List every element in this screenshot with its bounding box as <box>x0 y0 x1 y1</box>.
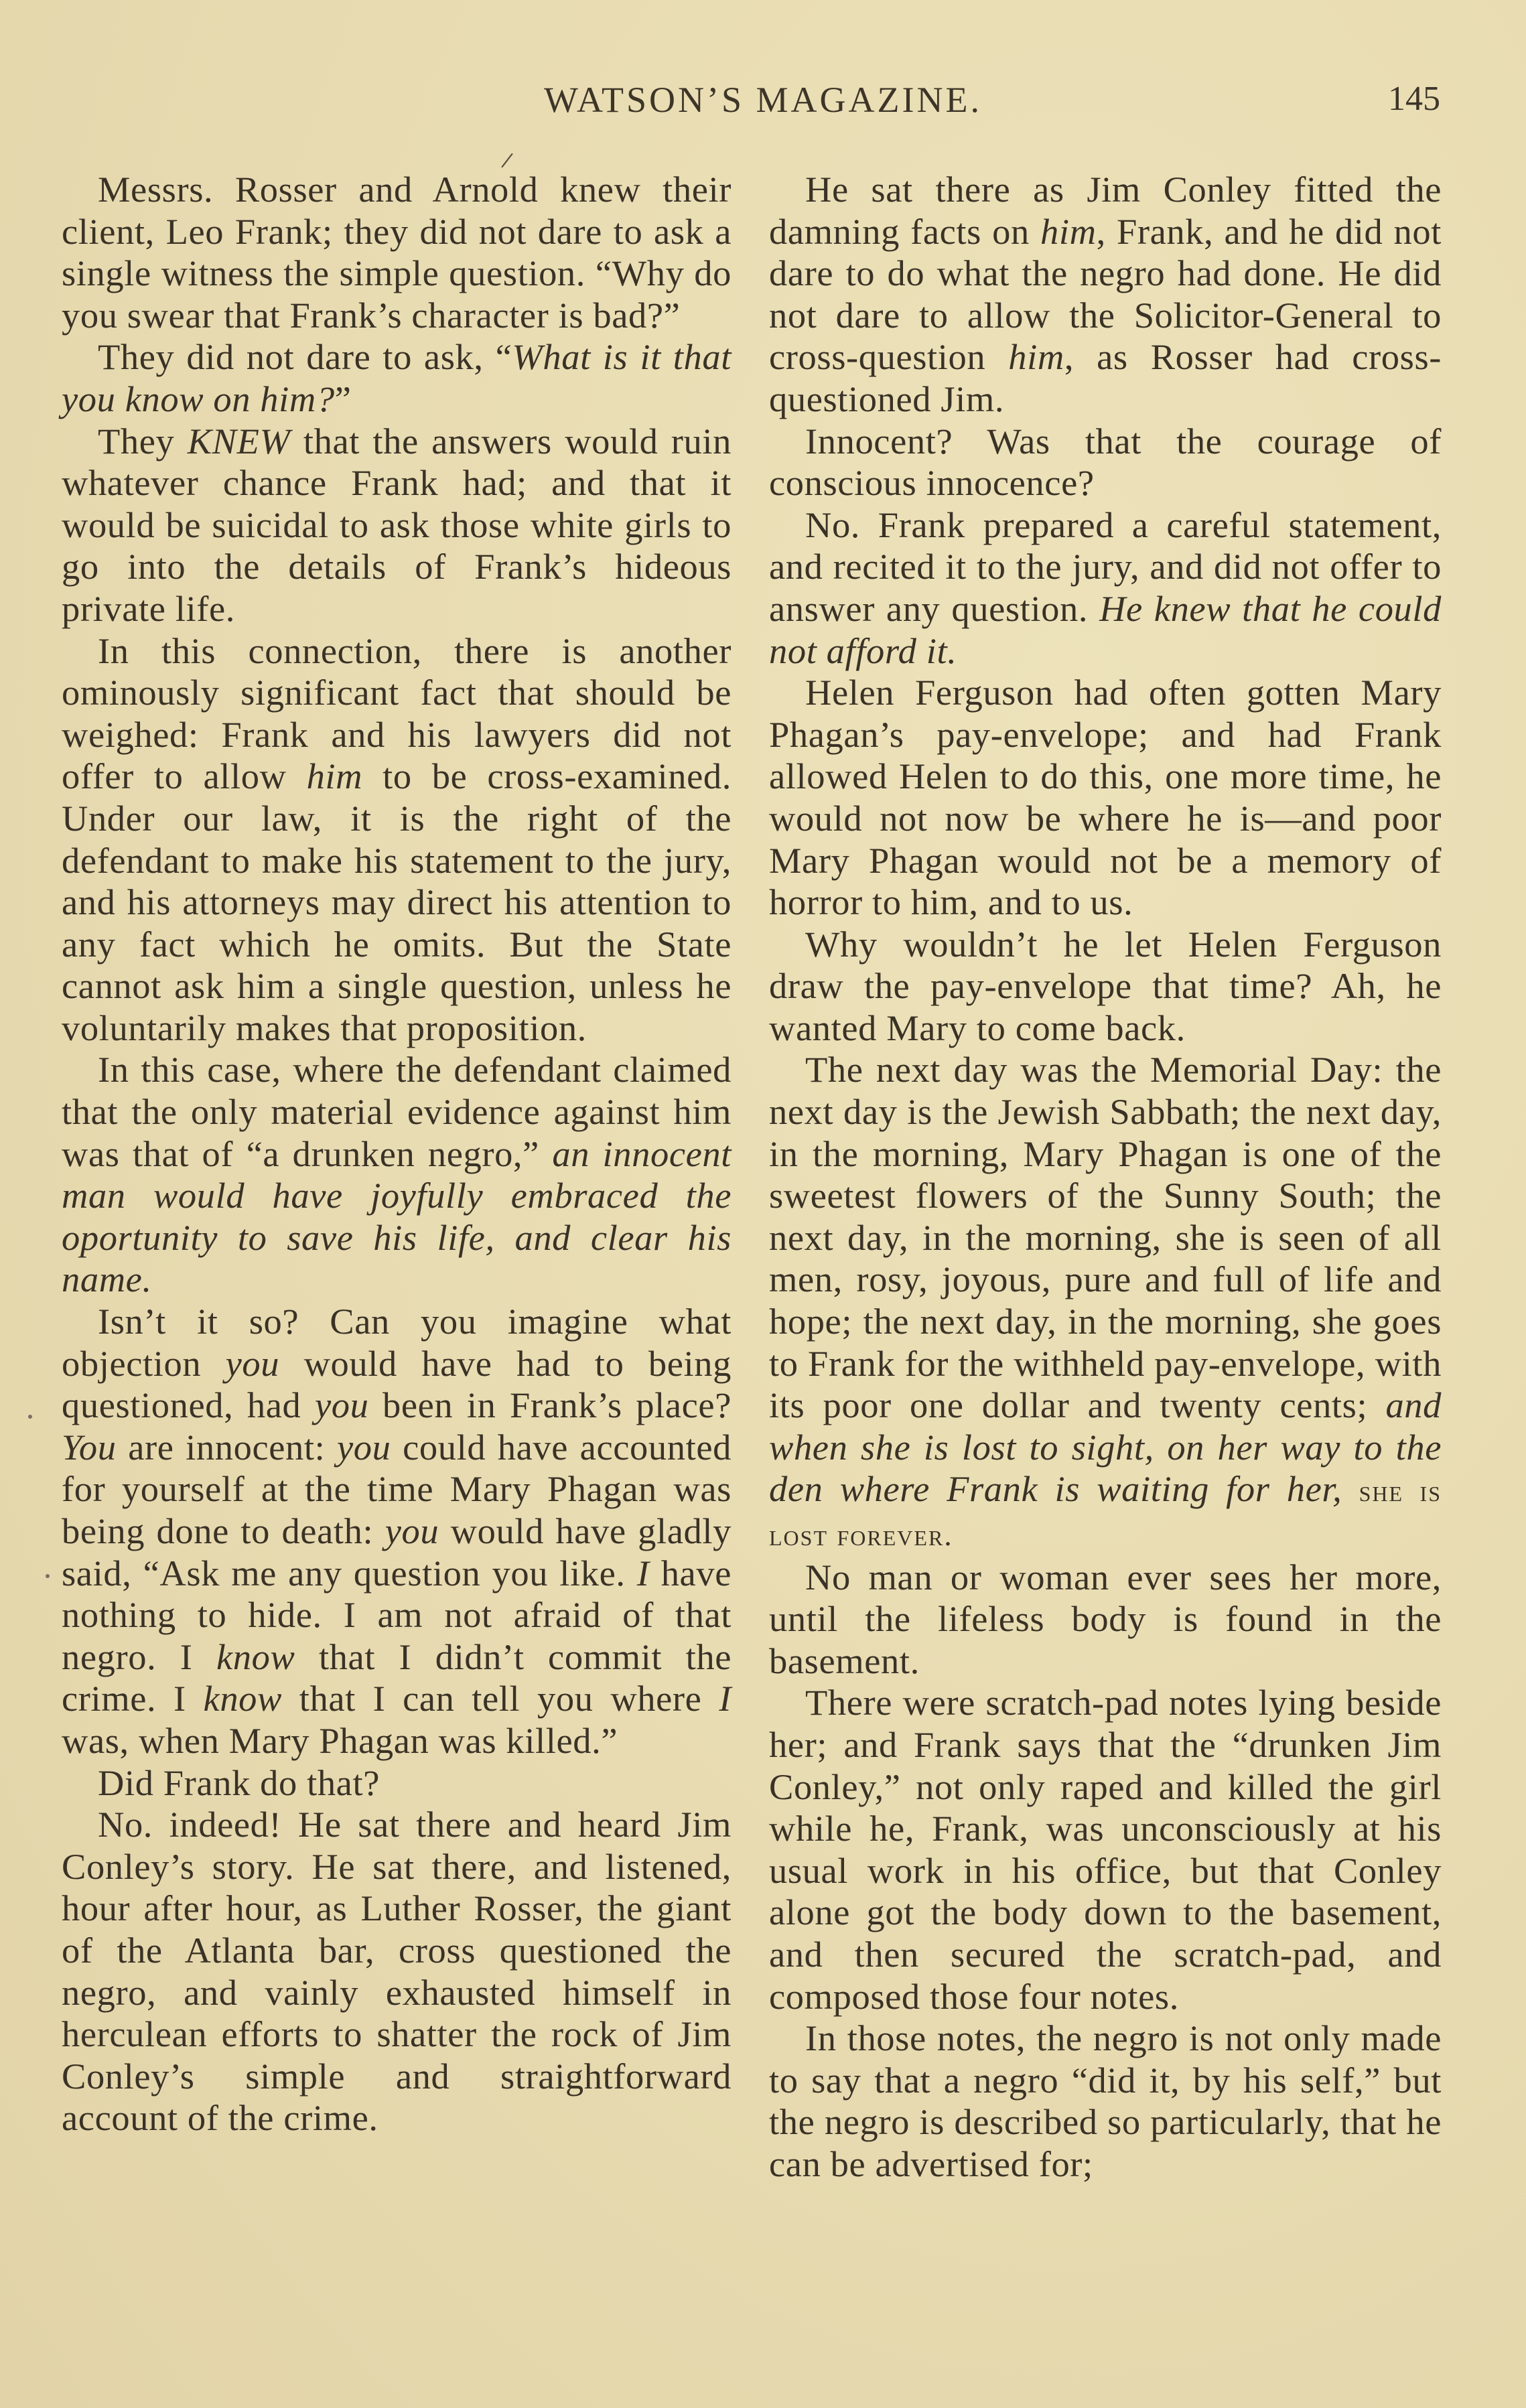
italic-text: I <box>637 1553 650 1593</box>
italic-text: I <box>719 1678 732 1719</box>
italic-text: him <box>307 756 363 796</box>
paragraph: They did not dare to ask, “What is it th… <box>62 336 732 420</box>
speck <box>46 1574 50 1578</box>
text: been in Frank’s place? <box>368 1385 732 1425</box>
paragraph: In this case, where the defendant claime… <box>62 1049 732 1301</box>
paragraph: Helen Ferguson had often gotten Mary Pha… <box>769 672 1442 924</box>
text: They <box>98 421 188 462</box>
paragraph: Why wouldn’t he let Helen Ferguson draw … <box>769 924 1442 1050</box>
text: Did Frank do that? <box>98 1762 380 1803</box>
paragraph: Messrs. Rosser and Arnold knew their cli… <box>62 169 732 336</box>
italic-text: You <box>62 1427 117 1468</box>
paragraph: Innocent? Was that the courage of consci… <box>769 421 1442 504</box>
italic-text: you <box>226 1343 280 1384</box>
paragraph: The next day was the Memorial Day: the n… <box>769 1049 1442 1556</box>
text: are innocent: <box>117 1427 337 1468</box>
right-column: He sat there as Jim Conley fitted the da… <box>769 169 1442 2186</box>
text: The next day was the Memorial Day: the n… <box>769 1049 1442 1425</box>
italic-text: know <box>216 1636 295 1677</box>
text: that I can tell you where <box>282 1678 719 1719</box>
text: Innocent? Was that the courage of consci… <box>769 421 1442 504</box>
text: There were scratch-pad notes lying besid… <box>769 1682 1442 2016</box>
italic-text: him <box>1040 211 1097 252</box>
paragraph: They KNEW that the answers would ruin wh… <box>62 421 732 630</box>
paragraph: No. Frank prepared a careful statement, … <box>769 504 1442 672</box>
text <box>1342 1468 1359 1509</box>
italic-text: you <box>337 1427 391 1468</box>
text: Helen Ferguson had often gotten Mary Pha… <box>769 672 1442 922</box>
left-column: Messrs. Rosser and Arnold knew their cli… <box>62 169 732 2139</box>
italic-text: him <box>1008 336 1064 377</box>
page-number: 145 <box>1388 79 1440 119</box>
text: to be cross-examined. Under our law, it … <box>62 756 732 1048</box>
italic-text: you <box>315 1385 369 1425</box>
paragraph: In those notes, the negro is not only ma… <box>769 2017 1442 2185</box>
italic-text: know <box>204 1678 282 1719</box>
paragraph: There were scratch-pad notes lying besid… <box>769 1682 1442 2017</box>
text: No man or woman ever sees her more, unti… <box>769 1557 1442 1681</box>
text: Messrs. Rosser and Arnold knew their cli… <box>62 169 732 336</box>
text: ” <box>335 378 352 419</box>
italic-text: you <box>385 1510 439 1551</box>
paragraph: Isn’t it so? Can you imagine what object… <box>62 1301 732 1762</box>
running-header: WATSON’S MAGAZINE. 145 <box>0 79 1526 133</box>
paragraph: Did Frank do that? <box>62 1762 732 1804</box>
text: No. indeed! He sat there and heard Jim C… <box>62 1804 732 2138</box>
paragraph: No man or woman ever sees her more, unti… <box>769 1557 1442 1683</box>
text: In those notes, the negro is not only ma… <box>769 2017 1442 2184</box>
text: was, when Mary Phagan was killed.” <box>62 1720 618 1761</box>
paragraph: In this connection, there is another omi… <box>62 630 732 1050</box>
text: They did not dare to ask, “ <box>98 336 512 377</box>
magazine-title: WATSON’S MAGAZINE. <box>0 79 1526 121</box>
text: Why wouldn’t he let Helen Ferguson draw … <box>769 924 1442 1048</box>
italic-text: KNEW <box>188 421 291 462</box>
paragraph: He sat there as Jim Conley fitted the da… <box>769 169 1442 421</box>
speck <box>28 1415 32 1419</box>
paragraph: No. indeed! He sat there and heard Jim C… <box>62 1804 732 2139</box>
